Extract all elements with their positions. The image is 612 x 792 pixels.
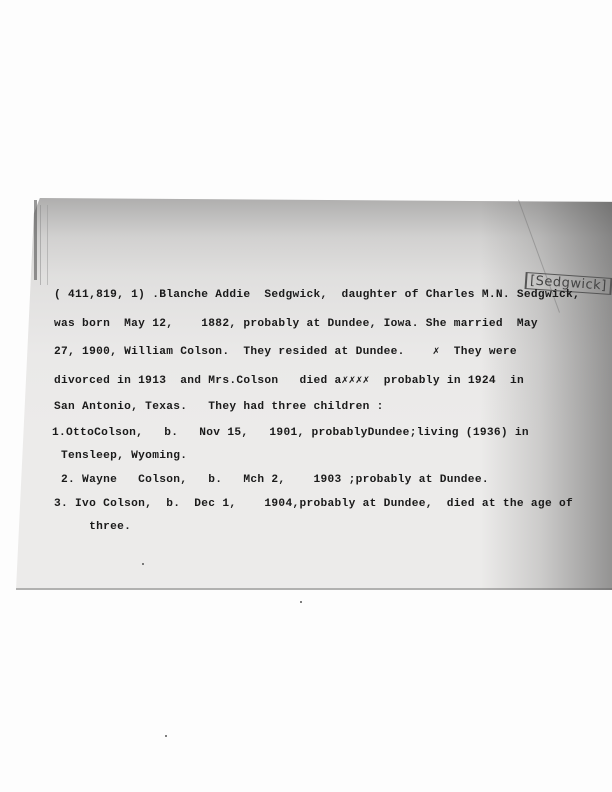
record-line-2: was born May 12, 1882, probably at Dunde… — [54, 317, 538, 331]
scanned-page: [Sedgwick] ( 411,819, 1) .Blanche Addie … — [0, 0, 612, 792]
child-1-line: 1.OttoColson, b. Nov 15, 1901, probablyD… — [52, 426, 529, 440]
record-line-5: San Antonio, Texas. They had three child… — [54, 400, 384, 414]
scan-speck — [165, 735, 167, 737]
record-line-4: divorced in 1913 and Mrs.Colson died a✗✗… — [54, 374, 524, 388]
card-binding-strip — [40, 205, 48, 285]
child-3-continuation-line: three. — [54, 520, 131, 534]
child-1-residence-line: Tensleep, Wyoming. — [54, 449, 187, 463]
child-3-line: 3. Ivo Colson, b. Dec 1, 1904,probably a… — [54, 497, 573, 511]
scan-speck — [142, 563, 144, 565]
card-bottom-edge — [16, 588, 612, 590]
record-line-3: 27, 1900, William Colson. They resided a… — [54, 345, 517, 359]
card-binding-edge — [34, 200, 37, 280]
child-2-line: 2. Wayne Colson, b. Mch 2, 1903 ;probabl… — [54, 473, 489, 487]
record-line-1: ( 411,819, 1) .Blanche Addie Sedgwick, d… — [54, 288, 580, 302]
scan-speck — [300, 601, 302, 603]
